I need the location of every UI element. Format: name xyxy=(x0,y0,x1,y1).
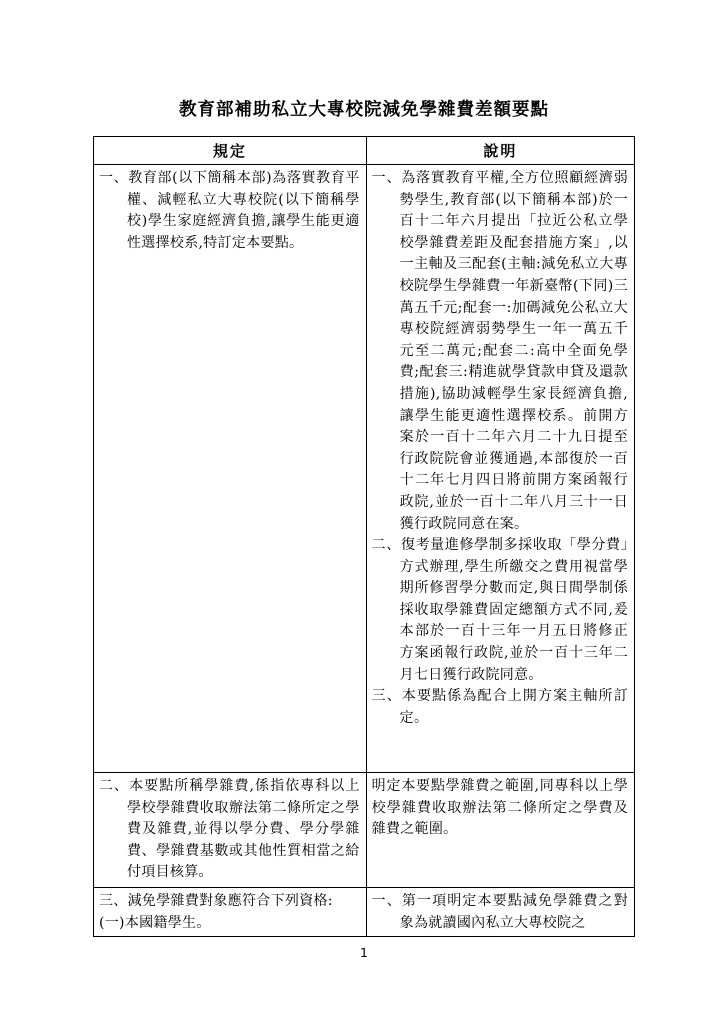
explanation-cell: 明定本要點學雜費之範圍,同專科以上學校學雜費收取辦法第二條所定之學費及雜費之範圍… xyxy=(366,773,634,888)
table-row: 二、本要點所稱學雜費,係指依專科以上學校學雜費收取辦法第二條所定之學費及雜費,並… xyxy=(94,773,635,888)
explanation-cell: 一、為落實教育平權,全方位照顧經濟弱勢學生,教育部(以下簡稱本部)於一百十二年六… xyxy=(366,165,634,773)
regulation-cell: 二、本要點所稱學雜費,係指依專科以上學校學雜費收取辦法第二條所定之學費及雜費,並… xyxy=(94,773,367,888)
paragraph: (一)本國籍學生。 xyxy=(99,913,360,935)
table-row: 三、減免學雜費對象應符合下列資格: (一)本國籍學生。 一、第一項明定本要點減免… xyxy=(94,888,635,937)
document-page: 教育部補助私立大專校院減免學雜費差額要點 規定 說明 一、教育部(以下簡稱本部)… xyxy=(0,0,728,1030)
paragraph: 三、減免學雜費對象應符合下列資格: xyxy=(99,891,360,913)
paragraph: 二、復考量進修學制多採收取「學分費」方式辦理,學生所繳交之費用視當學期所修習學分… xyxy=(372,535,628,686)
regulation-cell: 一、教育部(以下簡稱本部)為落實教育平權、減輕私立大專校院(以下簡稱學校)學生家… xyxy=(94,165,367,773)
table-header-row: 規定 說明 xyxy=(94,137,635,165)
document-title: 教育部補助私立大專校院減免學雜費差額要點 xyxy=(0,96,728,121)
paragraph: 二、本要點所稱學雜費,係指依專科以上學校學雜費收取辦法第二條所定之學費及雜費,並… xyxy=(99,776,360,884)
paragraph: 明定本要點學雜費之範圍,同專科以上學校學雜費收取辦法第二條所定之學費及雜費之範圍… xyxy=(372,776,628,841)
paragraph: 一、第一項明定本要點減免學雜費之對象為就讀國內私立大專校院之 xyxy=(372,891,628,934)
paragraph: 三、本要點係為配合上開方案主軸所訂定。 xyxy=(372,686,628,729)
column-header-explanation: 說明 xyxy=(366,137,634,165)
regulation-table: 規定 說明 一、教育部(以下簡稱本部)為落實教育平權、減輕私立大專校院(以下簡稱… xyxy=(93,136,635,937)
page-number: 1 xyxy=(0,945,728,960)
column-header-regulation: 規定 xyxy=(94,137,367,165)
table-row: 一、教育部(以下簡稱本部)為落實教育平權、減輕私立大專校院(以下簡稱學校)學生家… xyxy=(94,165,635,773)
paragraph: 一、為落實教育平權,全方位照顧經濟弱勢學生,教育部(以下簡稱本部)於一百十二年六… xyxy=(372,168,628,535)
paragraph: 一、教育部(以下簡稱本部)為落實教育平權、減輕私立大專校院(以下簡稱學校)學生家… xyxy=(99,168,360,254)
regulation-cell: 三、減免學雜費對象應符合下列資格: (一)本國籍學生。 xyxy=(94,888,367,937)
explanation-cell: 一、第一項明定本要點減免學雜費之對象為就讀國內私立大專校院之 xyxy=(366,888,634,937)
